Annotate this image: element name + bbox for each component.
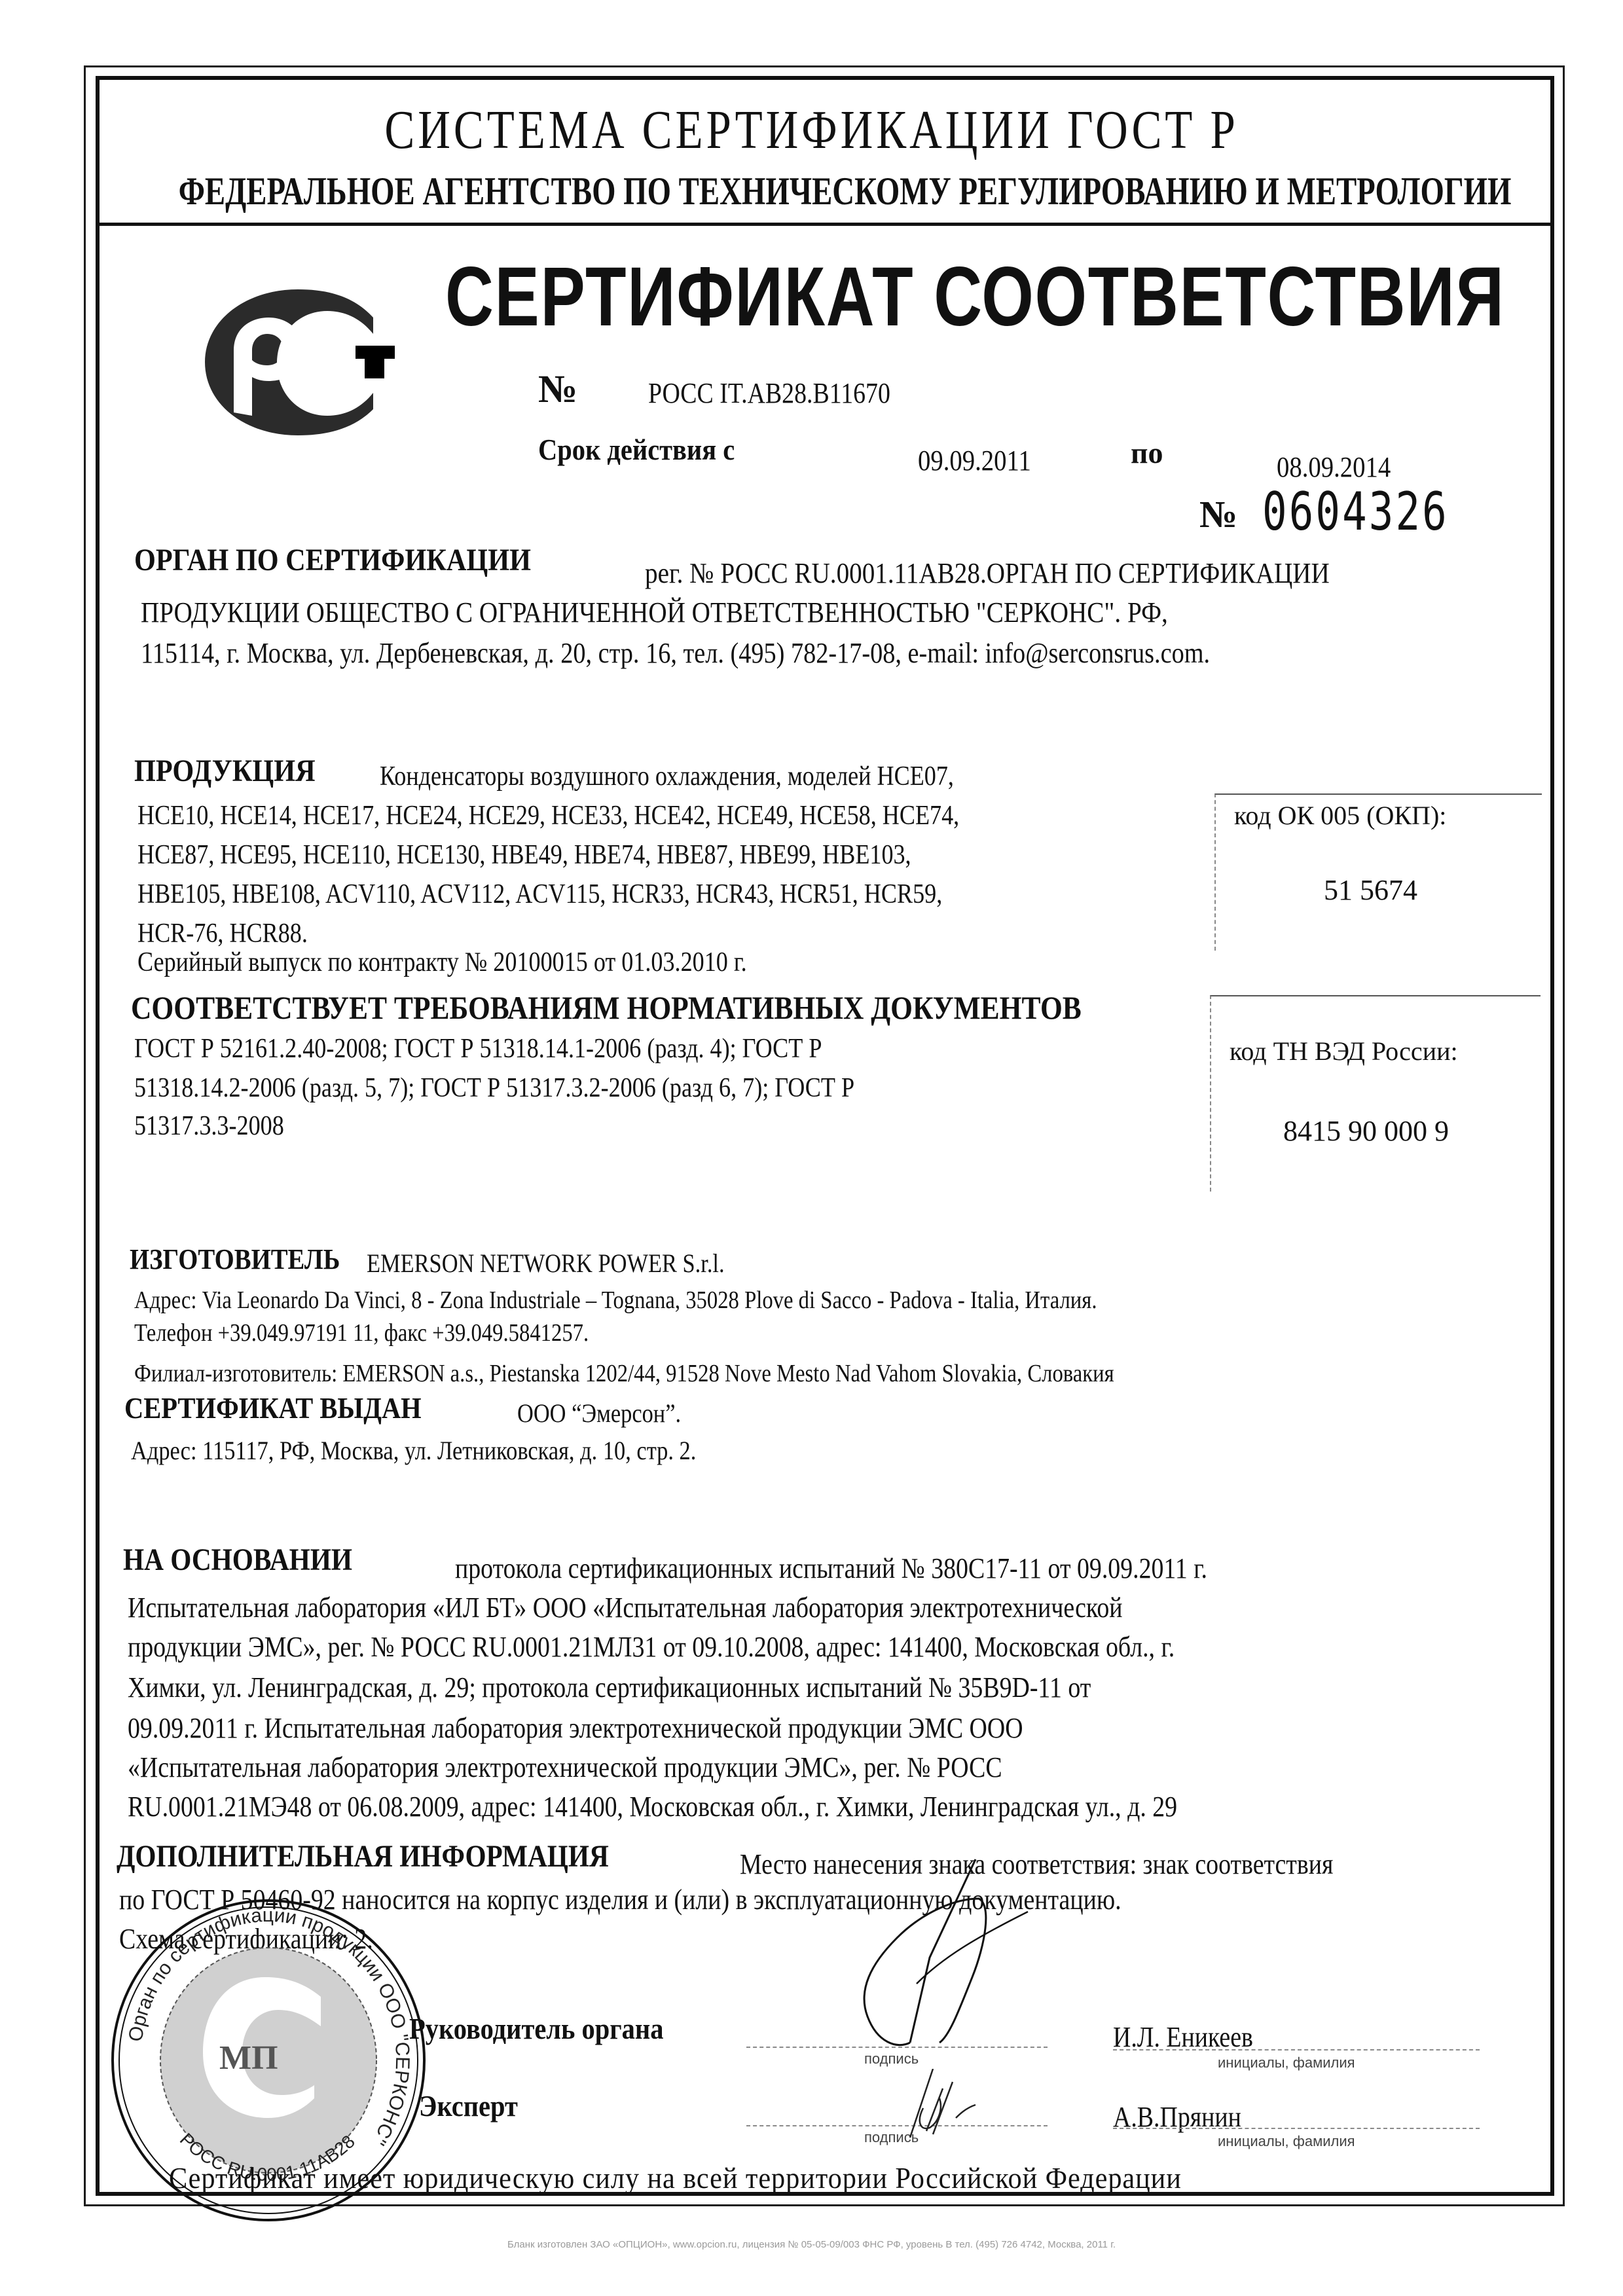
legal-validity-statement: Сертификат имеет юридическую силу на все… <box>169 2160 1182 2195</box>
okp-code-box: код ОК 005 (ОКП): 51 5674 <box>1214 793 1542 951</box>
basis-line: RU.0001.21МЭ48 от 06.08.2009, адрес: 141… <box>128 1790 1177 1823</box>
manufacturer-branch: Филиал-изготовитель: EMERSON a.s., Piest… <box>134 1359 1114 1388</box>
product-line: HCR-76, HCR88. <box>137 918 308 949</box>
product-line: HBE105, HBE108, ACV110, ACV112, ACV115, … <box>137 879 942 910</box>
normative-docs-label: СООТВЕТСТВУЕТ ТРЕБОВАНИЯМ НОРМАТИВНЫХ ДО… <box>131 989 1082 1027</box>
agency-name: ФЕДЕРАЛЬНОЕ АГЕНТСТВО ПО ТЕХНИЧЕСКОМУ РЕ… <box>179 169 1445 214</box>
name-caption: инициалы, фамилия <box>1218 2133 1355 2150</box>
signature-caption: подпись <box>864 2050 919 2068</box>
certification-body-line: ПРОДУКЦИИ ОБЩЕСТВО С ОГРАНИЧЕННОЙ ОТВЕТС… <box>141 596 1168 629</box>
product-line: Конденсаторы воздушного охлаждения, моде… <box>380 761 954 792</box>
head-name-line <box>1113 2049 1480 2050</box>
system-title: СИСТЕМА СЕРТИФИКАЦИИ ГОСТ Р <box>146 98 1477 162</box>
name-caption: инициалы, фамилия <box>1218 2054 1355 2071</box>
basis-line: протокола сертификационных испытаний № 3… <box>455 1552 1207 1585</box>
issued-to-name: ООО “Эмерсон”. <box>517 1398 681 1429</box>
manufacturer-phone: Телефон +39.049.97191 11, факс +39.049.5… <box>134 1319 589 1347</box>
manufacturer-name: EMERSON NETWORK POWER S.r.l. <box>367 1248 725 1279</box>
tnved-code-value: 8415 90 000 9 <box>1283 1114 1449 1148</box>
valid-to-date: 08.09.2014 <box>1277 450 1391 484</box>
basis-line: Химки, ул. Ленинградская, д. 29; протоко… <box>128 1671 1091 1704</box>
stamp-center-mark: МП <box>219 2039 278 2077</box>
normative-doc-line: 51318.14.2-2006 (разд. 5, 7); ГОСТ Р 513… <box>134 1072 854 1104</box>
expert-signature-line <box>746 2125 1048 2126</box>
certification-body-line: 115114, г. Москва, ул. Дербеневская, д. … <box>141 636 1210 670</box>
valid-from-date: 09.09.2011 <box>918 444 1031 477</box>
certification-body-label: ОРГАН ПО СЕРТИФИКАЦИИ <box>134 542 531 578</box>
expert-label: Эксперт <box>419 2088 518 2123</box>
certificate-title: СЕРТИФИКАТ СООТВЕТСТВИЯ <box>445 249 1505 345</box>
printer-note: Бланк изготовлен ЗАО «ОПЦИОН», www.opcio… <box>0 2239 1623 2250</box>
header-divider <box>96 223 1554 226</box>
tnved-code-box: код ТН ВЭД России: 8415 90 000 9 <box>1210 995 1541 1192</box>
certification-body-line: рег. № РОСС RU.0001.11АВ28.ОРГАН ПО СЕРТ… <box>645 556 1330 590</box>
manufacturer-address: Адрес: Via Leonardo Da Vinci, 8 - Zona I… <box>134 1286 1097 1315</box>
okp-code-value: 51 5674 <box>1324 873 1417 907</box>
number-label: № <box>538 367 577 412</box>
normative-doc-line: ГОСТ Р 52161.2.40-2008; ГОСТ Р 51318.14.… <box>134 1033 822 1065</box>
basis-line: 09.09.2011 г. Испытательная лаборатория … <box>128 1711 1023 1745</box>
additional-info-label: ДОПОЛНИТЕЛЬНАЯ ИНФОРМАЦИЯ <box>117 1838 609 1874</box>
product-label: ПРОДУКЦИЯ <box>134 753 316 789</box>
basis-line: «Испытательная лаборатория электротехнич… <box>128 1751 1002 1784</box>
valid-to-label: по <box>1131 435 1163 470</box>
issued-to-address: Адрес: 115117, РФ, Москва, ул. Летниковс… <box>131 1435 696 1466</box>
head-of-body-label: Руководитель органа <box>409 2011 663 2046</box>
basis-line: Испытательная лаборатория «ИЛ БТ» ООО «И… <box>128 1591 1123 1624</box>
certificate-number: РОСС IT.AB28.B11670 <box>648 376 890 410</box>
product-line: HCE87, HCE95, HCE110, HCE130, HBE49, HBE… <box>137 839 911 871</box>
expert-name-line <box>1113 2128 1480 2129</box>
basis-label: НА ОСНОВАНИИ <box>123 1542 352 1578</box>
rst-conformity-mark-icon <box>200 288 396 439</box>
issued-to-label: СЕРТИФИКАТ ВЫДАН <box>124 1391 422 1425</box>
validity-label: Срок действия с <box>538 432 735 467</box>
product-line: HCE10, HCE14, HCE17, HCE24, HCE29, HCE33… <box>137 800 959 831</box>
blank-number-label: № <box>1199 492 1237 536</box>
blank-number: 0604326 <box>1262 481 1449 542</box>
expert-signature <box>903 2069 1002 2141</box>
manufacturer-label: ИЗГОТОВИТЕЛЬ <box>130 1243 340 1276</box>
tnved-code-label: код ТН ВЭД России: <box>1230 1036 1458 1066</box>
serial-release-line: Серийный выпуск по контракту № 20100015 … <box>137 947 747 978</box>
okp-code-label: код ОК 005 (ОКП): <box>1234 800 1446 831</box>
normative-doc-line: 51317.3.3-2008 <box>134 1110 284 1142</box>
basis-line: продукции ЭМС», рег. № РОСС RU.0001.21МЛ… <box>128 1630 1175 1664</box>
head-signature <box>818 1853 1113 2049</box>
